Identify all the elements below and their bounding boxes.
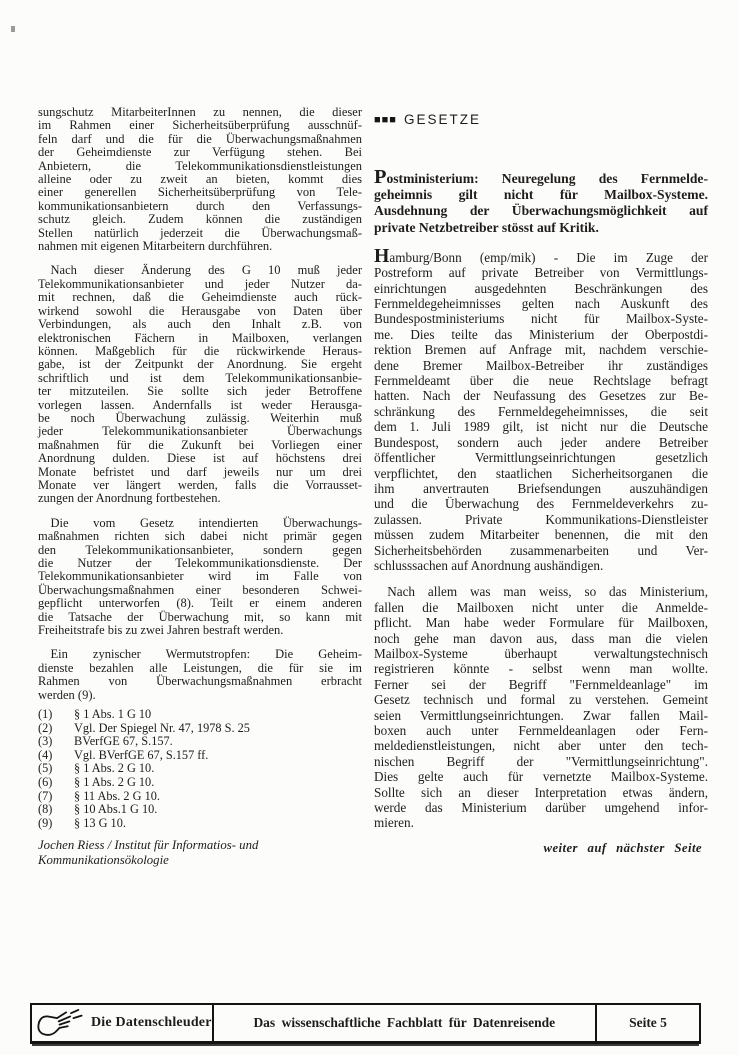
footer-subtitle: Das wissenschaftliche Fachblatt für Date…: [212, 1005, 597, 1041]
footnote-text: Vgl. Der Spiegel Nr. 47, 1978 S. 25: [74, 722, 362, 736]
article-paragraph: Ein zynischer Wermutstropfen: Die Geheim…: [38, 648, 362, 702]
footnote-text: § 11 Abs. 2 G 10.: [74, 790, 362, 804]
page-number: Seite 5: [597, 1005, 699, 1041]
left-column: sungschutz MitarbeiterInnen zu nennen, d…: [38, 106, 362, 868]
footnote-number: (9): [38, 817, 74, 831]
footnote-row: (1)§ 1 Abs. 1 G 10: [38, 708, 362, 722]
footnote-number: (8): [38, 803, 74, 817]
footer-brand-cell: Die Datenschleuder: [32, 1005, 212, 1041]
footnote-number: (1): [38, 708, 74, 722]
footnote-row: (7)§ 11 Abs. 2 G 10.: [38, 790, 362, 804]
author-credit: Jochen Riess / Institut für Informatios-…: [38, 838, 362, 868]
datenschleuder-hand-icon: [35, 1008, 89, 1038]
footer-bar: Die Datenschleuder Das wissenschaftliche…: [30, 1003, 701, 1044]
footnote-text: BVerfGE 67, S.157.: [74, 735, 362, 749]
footnote-row: (8)§ 10 Abs.1 G 10.: [38, 803, 362, 817]
footnote-text: § 10 Abs.1 G 10.: [74, 803, 362, 817]
footnote-number: (3): [38, 735, 74, 749]
footnote-row: (9)§ 13 G 10.: [38, 817, 362, 831]
footnote-text: § 1 Abs. 2 G 10.: [74, 762, 362, 776]
section-header: ■■■ GESETZE: [374, 112, 708, 127]
article-paragraph: sungschutz MitarbeiterInnen zu nennen, d…: [38, 106, 362, 253]
right-column: ■■■ GESETZE Postministerium: Neuregelung…: [374, 112, 708, 856]
footnote-row: (3)BVerfGE 67, S.157.: [38, 735, 362, 749]
footnote-row: (6)§ 1 Abs. 2 G 10.: [38, 776, 362, 790]
continuation-note: weiter auf nächster Seite: [374, 841, 708, 856]
footnote-text: § 1 Abs. 1 G 10: [74, 708, 362, 722]
article-paragraph: Nach allem was man weiss, so das Ministe…: [374, 584, 708, 831]
footnote-number: (6): [38, 776, 74, 790]
footnote-row: (5)§ 1 Abs. 2 G 10.: [38, 762, 362, 776]
footnote-row: (4)Vgl. BVerfGE 67, S.157 ff.: [38, 749, 362, 763]
scan-artifact: [11, 26, 15, 32]
footnotes-list: (1)§ 1 Abs. 1 G 10 (2)Vgl. Der Spiegel N…: [38, 708, 362, 830]
article-paragraph: Die vom Gesetz intendierten Überwachungs…: [38, 517, 362, 638]
footnote-text: § 1 Abs. 2 G 10.: [74, 776, 362, 790]
footnote-number: (5): [38, 762, 74, 776]
footnote-row: (2)Vgl. Der Spiegel Nr. 47, 1978 S. 25: [38, 722, 362, 736]
footnote-text: § 13 G 10.: [74, 817, 362, 831]
article-paragraph: Hamburg/Bonn (emp/mik) - Die im Zuge der…: [374, 249, 708, 574]
footnote-number: (4): [38, 749, 74, 763]
section-title: GESETZE: [404, 112, 481, 127]
squares-icon: ■■■: [374, 114, 397, 126]
footnote-text: Vgl. BVerfGE 67, S.157 ff.: [74, 749, 362, 763]
article-headline: Postministerium: Neuregelung des Fernmel…: [374, 169, 708, 236]
page: sungschutz MitarbeiterInnen zu nennen, d…: [0, 0, 739, 1055]
footnote-number: (7): [38, 790, 74, 804]
article-paragraph: Nach dieser Änderung des G 10 muß jederT…: [38, 264, 362, 505]
footnote-number: (2): [38, 722, 74, 736]
brand-name: Die Datenschleuder: [91, 1015, 212, 1031]
